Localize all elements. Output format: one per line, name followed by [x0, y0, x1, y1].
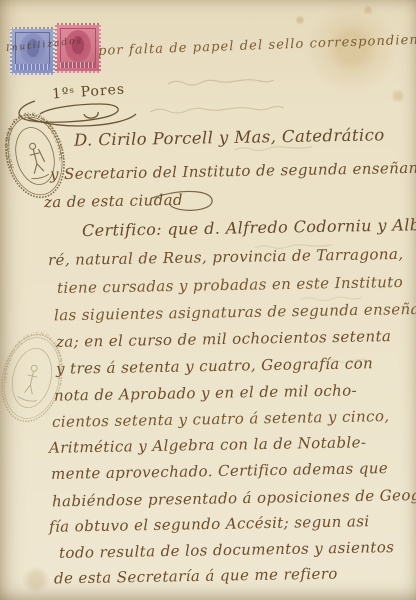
- alcaldia-seal: ALCALDIA CONSTITUCIONAL: [0, 105, 73, 203]
- stamp-value-band: [15, 64, 50, 70]
- document-page: ALCALDIA CONSTITUCIONAL INSTITUTO DE SEG…: [0, 0, 416, 600]
- stamp-value-band: [60, 62, 96, 68]
- manuscript-line: za de esta ciudad: [44, 191, 183, 211]
